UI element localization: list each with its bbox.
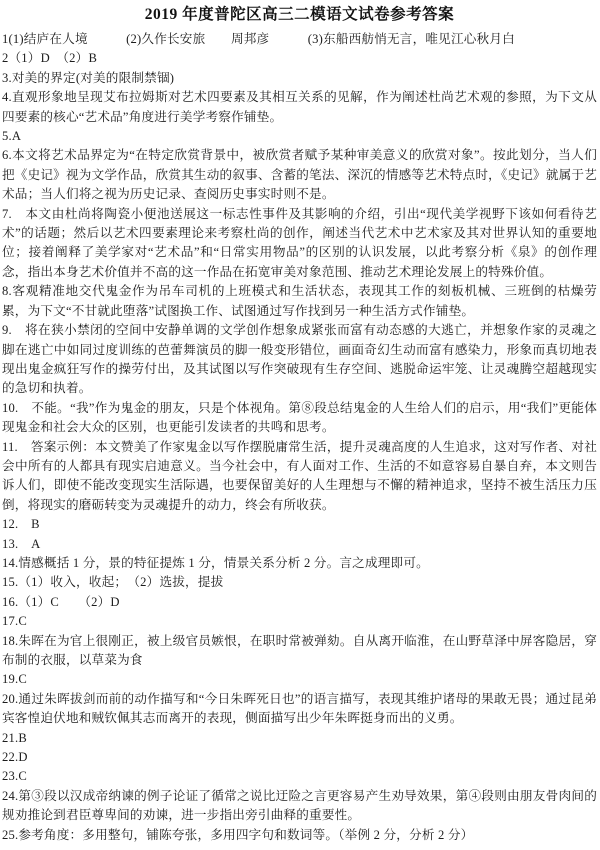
answer-item-20: 20.通过朱晖拔剑而前的动作描写和“今日朱晖死日也”的语言描写，表现其维护诸母的… <box>2 690 597 729</box>
document-page: 2019 年度普陀区高三二模语文试卷参考答案 1(1)结庐在人境 (2)久作长安… <box>0 0 600 850</box>
answer-item-14: 14.情感概括 1 分，景的特征提炼 1 分，情景关系分析 2 分。言之成理即可… <box>2 554 597 573</box>
answer-item-16: 16.（1）C （2）D <box>2 593 597 612</box>
answer-item-12: 12. B <box>2 515 597 534</box>
answer-item-3: 3.对美的界定(对美的限制禁锢) <box>2 69 597 88</box>
answer-item-25: 25.参考角度：多用整句，铺陈夸张，多用四字句和数词等。（举例 2 分，分析 2… <box>2 826 597 845</box>
answer-item-7: 7. 本文由杜尚将陶瓷小便池送展这一标志性事件及其影响的介绍，引出“现代美学视野… <box>2 205 597 283</box>
answer-item-10: 10. 不能。“我”作为鬼金的朋友，只是个体视角。第⑧段总结鬼金的人生给人们的启… <box>2 399 597 438</box>
answers-list: 1(1)结庐在人境 (2)久作长安旅 周邦彦 (3)东船西舫悄无言，唯见江心秋月… <box>2 30 597 845</box>
answer-item-1: 1(1)结庐在人境 (2)久作长安旅 周邦彦 (3)东船西舫悄无言，唯见江心秋月… <box>2 30 597 49</box>
answer-item-2: 2（1）D （2）B <box>2 49 597 68</box>
answer-item-24: 24.第③段以汉成帝纳谏的例子论证了循常之说比迂险之言更容易产生劝导效果，第④段… <box>2 787 597 826</box>
answer-item-15: 15.（1）收入，收起； （2）选拔，提拔 <box>2 573 597 592</box>
answer-item-8: 8.客观精准地交代鬼金作为吊车司机的上班模式和生活状态，表现其工作的刻板机械、三… <box>2 282 597 321</box>
page-title: 2019 年度普陀区高三二模语文试卷参考答案 <box>2 4 597 26</box>
answer-item-5: 5.A <box>2 127 597 146</box>
answer-item-4: 4.直观形象地呈现艾布拉姆斯对艺术四要素及其相互关系的见解，作为阐述杜尚艺术观的… <box>2 88 597 127</box>
answer-item-21: 21.B <box>2 729 597 748</box>
answer-item-11: 11. 答案示例：本文赞美了作家鬼金以写作摆脱庸常生活，提升灵魂高度的人生追求，… <box>2 438 597 516</box>
answer-item-9: 9. 将在狭小禁闭的空间中安静单调的文学创作想象成紧张而富有动态感的大逃亡，并想… <box>2 321 597 399</box>
answer-item-22: 22.D <box>2 748 597 767</box>
answer-item-6: 6.本文将艺术品界定为“在特定欣赏背景中，被欣赏者赋予某种审美意义的欣赏对象”。… <box>2 146 597 204</box>
answer-item-23: 23.C <box>2 767 597 786</box>
answer-item-17: 17.C <box>2 612 597 631</box>
answer-item-18: 18.朱晖在为官上很刚正，被上级官员嫉恨，在职时常被弹劾。自从离开临淮，在山野草… <box>2 632 597 671</box>
answer-item-13: 13. A <box>2 535 597 554</box>
answer-item-19: 19.C <box>2 670 597 689</box>
